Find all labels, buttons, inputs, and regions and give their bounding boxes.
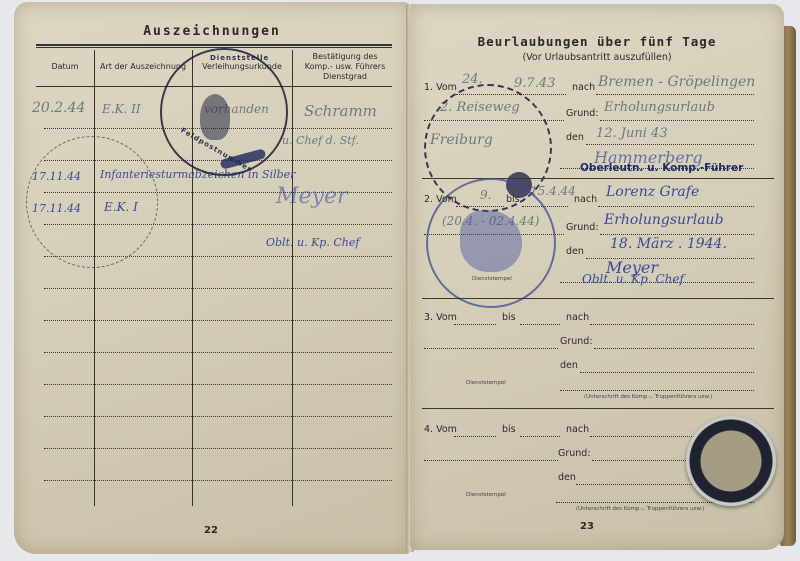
label-vom: Vom <box>436 82 457 93</box>
leave-1-to: 9.7.43 <box>514 76 555 91</box>
label-grund: Grund: <box>566 222 599 233</box>
label-den: den <box>558 472 576 483</box>
label-nach: nach <box>574 194 597 205</box>
page-subtitle: (Vor Urlaubsantritt auszufüllen) <box>410 52 784 63</box>
award-confirmation-title-3: Oblt. u. Kp. Chef <box>266 236 359 249</box>
service-stamp-label-4: Dienststempel <box>466 492 506 498</box>
label-nach: nach <box>566 312 589 323</box>
award-date-1: 20.2.44 <box>32 100 85 116</box>
leave-number-4: 4. <box>424 424 433 435</box>
award-name-1: E.K. II <box>102 102 141 116</box>
label-den: den <box>560 360 578 371</box>
label-nach: nach <box>566 424 589 435</box>
page-title-awards: Auszeichnungen <box>14 24 410 39</box>
service-stamp-label-3: Dienststempel <box>466 380 506 386</box>
label-bis: bis <box>502 312 516 323</box>
award-confirmation-3: Meyer <box>276 184 348 209</box>
page-number-left: 22 <box>204 525 218 536</box>
label-vom: Vom <box>436 312 457 323</box>
label-grund: Grund: <box>560 336 593 347</box>
award-confirmation-title-1: u. Chef d. Stf. <box>282 134 359 147</box>
label-bis: bis <box>502 424 516 435</box>
label-grund: Grund: <box>558 448 591 459</box>
signature-caption-4: (Unterschrift des Komp.-, Truppenführers… <box>576 506 704 512</box>
label-vom: Vom <box>436 424 457 435</box>
leave-number-1: 1. <box>424 82 433 93</box>
left-page: Auszeichnungen Datum Art der Auszeichnun… <box>14 2 410 554</box>
page-title-leaves: Beurlaubungen über fünf Tage <box>410 34 784 49</box>
label-den: den <box>566 246 584 257</box>
eagle-emblem-icon <box>460 210 522 272</box>
leave-2-reason: Erholungsurlaub <box>604 212 724 228</box>
leave-number-2: 2. <box>424 194 433 205</box>
label-den: den <box>566 132 584 143</box>
official-stamp-leave-2: Dienststempel <box>426 178 556 308</box>
eagle-emblem-icon <box>200 94 230 140</box>
column-header-date: Datum <box>36 62 94 72</box>
award-confirmation-1: Schramm <box>304 102 377 120</box>
leave-1-date: 12. Juni 43 <box>596 126 668 141</box>
official-stamp-field-post: Dienststelle Feldpostnummer <box>160 48 288 176</box>
faint-stamp <box>26 136 158 268</box>
label-grund: Grund: <box>566 108 599 119</box>
leave-1-reason: Erholungsurlaub <box>604 100 715 115</box>
column-header-confirmation: Bestätigung des Komp.- usw. Führers Dien… <box>298 52 392 82</box>
stamp-top-text: Dienststelle <box>210 54 269 62</box>
officer-title-stamp: Oberleutn. u. Komp.-Führer <box>580 162 743 174</box>
leave-2-officer-title: Oblt. u. Kp. Chef <box>582 272 684 286</box>
leave-number-3: 3. <box>424 312 433 323</box>
leave-1-destination: Bremen - Gröpelingen <box>598 74 755 90</box>
signature-caption-3: (Unterschrift des Komp.-, Truppenführers… <box>584 394 712 400</box>
stamp-label: Dienststempel <box>472 276 512 282</box>
leave-2-destination: Lorenz Grafe <box>606 184 699 200</box>
leave-2-date: 18. März . 1944. <box>610 236 727 252</box>
leave-2-to: 15.4.44 <box>530 184 576 198</box>
label-nach: nach <box>572 82 595 93</box>
coin-icon <box>686 416 776 506</box>
page-number-right: 23 <box>580 521 594 532</box>
